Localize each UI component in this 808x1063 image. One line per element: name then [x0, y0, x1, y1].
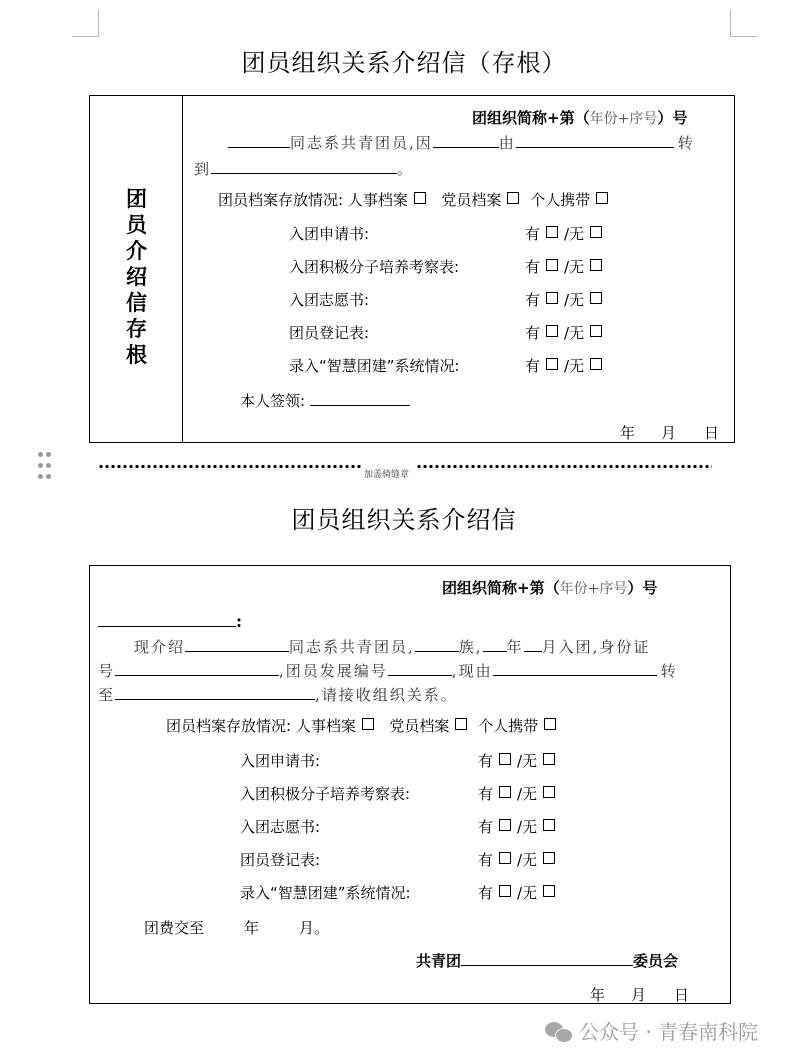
- checkbox-party-archive[interactable]: [455, 718, 467, 730]
- checkbox-yes[interactable]: [546, 358, 558, 370]
- checkbox-no[interactable]: [590, 358, 602, 370]
- letter-issuer-row: 共青团委员会: [416, 950, 678, 971]
- member-name-field[interactable]: [228, 133, 290, 148]
- checkbox-self-carry[interactable]: [596, 192, 608, 204]
- stub-item-row: 团员登记表:有/无: [289, 322, 608, 343]
- letter-item-row: 团员登记表:有/无: [240, 849, 561, 870]
- letter-title: 团员组织关系介绍信: [0, 500, 808, 535]
- letter-form: 团组织简称+第（年份+序号）号 : 现介绍同志系共青团员,族,年月入团,身份证 …: [89, 565, 731, 1004]
- checkbox-yes[interactable]: [546, 226, 558, 238]
- stub-side-column: 团员介绍信存根: [90, 96, 183, 442]
- checkbox-no[interactable]: [590, 292, 602, 304]
- stub-form: 团员介绍信存根 团组织简称+第（年份+序号）号 同志系共青团员,因由转 到。 团…: [89, 95, 735, 443]
- letter-item-row: 入团志愿书:有/无: [240, 816, 561, 837]
- page-corner-mark-right: [730, 10, 757, 37]
- addressee-field[interactable]: [98, 612, 236, 627]
- checkbox-no[interactable]: [543, 819, 555, 831]
- checkbox-yes[interactable]: [499, 852, 511, 864]
- to-org-field[interactable]: [211, 159, 397, 174]
- to-org-field[interactable]: [115, 685, 315, 700]
- perforation-line-right: [416, 464, 712, 469]
- checkbox-yes[interactable]: [546, 325, 558, 337]
- stub-item-row: 入团积极分子培养考察表:有/无: [289, 256, 608, 277]
- id-number-field[interactable]: [115, 661, 279, 676]
- ethnicity-field[interactable]: [415, 637, 459, 652]
- letter-line-2: 号,团员发展编号,现由转: [98, 660, 678, 681]
- stub-transfer-line-1: 同志系共青团员,因由转: [228, 132, 695, 153]
- stub-date: 年月日: [620, 422, 719, 443]
- reason-field[interactable]: [433, 133, 499, 148]
- checkbox-yes[interactable]: [546, 292, 558, 304]
- letter-archive-row: 团员档案存放情况: 人事档案 党员档案 个人携带: [166, 715, 562, 736]
- checkbox-party-archive[interactable]: [507, 192, 519, 204]
- wechat-icon: [545, 1022, 573, 1042]
- letter-serial-number: 团组织简称+第（年份+序号）号: [442, 577, 657, 598]
- letter-addressee-row: :: [98, 612, 242, 631]
- checkbox-personnel-archive[interactable]: [362, 718, 374, 730]
- member-name-field[interactable]: [185, 637, 289, 652]
- checkbox-no[interactable]: [543, 786, 555, 798]
- issuer-org-field[interactable]: [461, 951, 633, 966]
- checkbox-no[interactable]: [543, 753, 555, 765]
- perforation-line-left: [98, 464, 362, 469]
- checkbox-no[interactable]: [590, 325, 602, 337]
- join-year-field[interactable]: [483, 637, 507, 652]
- checkbox-no[interactable]: [590, 226, 602, 238]
- letter-item-row: 录入“智慧团建”系统情况:有/无: [240, 882, 561, 903]
- stub-item-row: 入团志愿书:有/无: [289, 289, 608, 310]
- stub-transfer-line-2: 到。: [194, 158, 414, 179]
- checkbox-no[interactable]: [543, 852, 555, 864]
- drag-handle-icon[interactable]: [38, 452, 56, 482]
- checkbox-yes[interactable]: [499, 753, 511, 765]
- letter-date: 年月日: [590, 984, 689, 1005]
- from-org-field[interactable]: [493, 661, 657, 676]
- checkbox-yes[interactable]: [499, 885, 511, 897]
- letter-item-row: 入团积极分子培养考察表:有/无: [240, 783, 561, 804]
- stub-item-row: 录入“智慧团建”系统情况:有/无: [289, 355, 608, 376]
- checkbox-personnel-archive[interactable]: [414, 192, 426, 204]
- stub-side-label: 团员介绍信存根: [90, 186, 183, 368]
- stub-title: 团员组织关系介绍信（存根）: [0, 43, 808, 78]
- stub-archive-row: 团员档案存放情况: 人事档案 党员档案 个人携带: [218, 189, 614, 210]
- checkbox-yes[interactable]: [546, 259, 558, 271]
- stub-item-row: 入团申请书:有/无: [289, 223, 608, 244]
- development-number-field[interactable]: [388, 661, 452, 676]
- checkbox-no[interactable]: [590, 259, 602, 271]
- checkbox-no[interactable]: [543, 885, 555, 897]
- stub-signature-row: 本人签领:: [240, 390, 410, 411]
- letter-line-1: 现介绍同志系共青团员,族,年月入团,身份证: [134, 636, 650, 657]
- letter-line-3: 至,请接收组织关系。: [98, 684, 458, 705]
- stub-serial-number: 团组织简称+第（年份+序号）号: [472, 107, 687, 128]
- page-corner-mark-left: [72, 10, 99, 37]
- from-org-field[interactable]: [516, 133, 674, 148]
- checkbox-yes[interactable]: [499, 786, 511, 798]
- checkbox-yes[interactable]: [499, 819, 511, 831]
- checkbox-self-carry[interactable]: [544, 718, 556, 730]
- letter-fee-row: 团费交至年月。: [144, 917, 329, 938]
- letter-item-row: 入团申请书:有/无: [240, 750, 561, 771]
- perforation-label: 加盖骑缝章: [364, 467, 409, 480]
- signature-field[interactable]: [310, 391, 410, 406]
- join-month-field[interactable]: [524, 637, 542, 652]
- wechat-watermark: 公众号 · 青春南科院: [545, 1016, 758, 1045]
